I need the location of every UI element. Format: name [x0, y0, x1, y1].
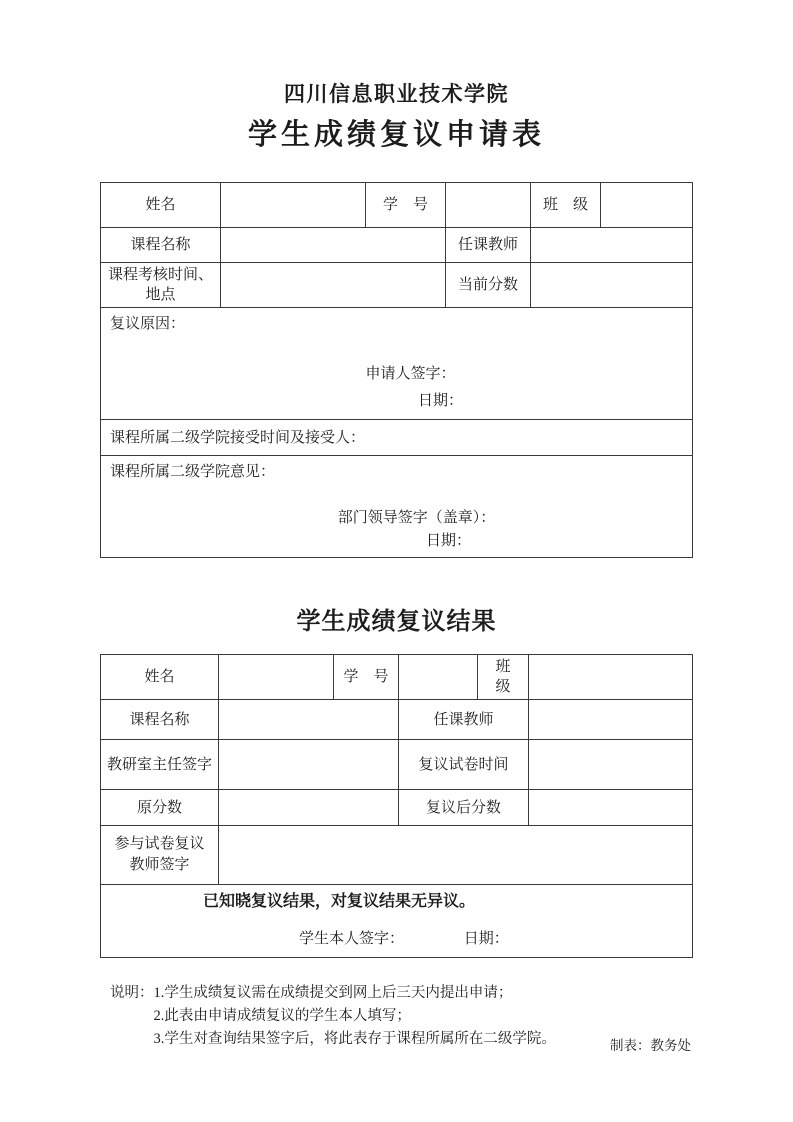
- director-signature-label-cell: 教研室主任签字: [101, 740, 219, 790]
- table-row: 教研室主任签字 复议试卷时间: [101, 740, 693, 790]
- review-time-label-cell: 复议试卷时间: [399, 740, 529, 790]
- teacher-label-cell: 任课教师: [446, 228, 531, 263]
- participant-teachers-label-cell: 参与试卷复议 教师签字: [101, 826, 219, 885]
- review-reason-label: 复议原因：: [110, 314, 683, 334]
- result-course-name-label-cell: 课程名称: [101, 700, 219, 740]
- student-signature-label: 学生本人签字：: [299, 931, 404, 947]
- note-item: 1.学生成绩复议需在成绩提交到网上后三天内提出申请；: [154, 982, 556, 1005]
- notes-label: 说明：: [110, 982, 154, 1051]
- exam-time-place-label-cell: 课程考核时间、地点: [101, 263, 221, 308]
- class-value-cell: [601, 183, 693, 228]
- result-class-label-cell: 班 级: [478, 655, 529, 700]
- document-page: 四川信息职业技术学院 学生成绩复议申请表 姓名 学 号 班 级 课程名称 任课教…: [0, 0, 793, 1122]
- course-name-value-cell: [221, 228, 446, 263]
- college-opinion-label: 课程所属二级学院意见：: [110, 462, 683, 482]
- result-section-title: 学生成绩复议结果: [0, 606, 793, 638]
- result-name-label-cell: 姓名: [101, 655, 219, 700]
- table-row: 课程考核时间、地点 当前分数: [101, 263, 693, 308]
- result-student-id-label-cell: 学 号: [334, 655, 399, 700]
- student-id-value-cell: [446, 183, 531, 228]
- college-opinion-cell: 课程所属二级学院意见： 部门领导签字（盖章）： 日期：: [101, 456, 693, 558]
- table-row: 课程所属二级学院意见： 部门领导签字（盖章）： 日期：: [101, 456, 693, 558]
- opinion-date-label: 日期：: [110, 531, 683, 551]
- table-row: 姓名 学 号 班 级: [101, 183, 693, 228]
- leader-signature-label: 部门领导签字（盖章）：: [110, 508, 683, 528]
- acknowledgement-cell: 已知晓复议结果，对复议结果无异议。 学生本人签字： 日期：: [101, 885, 693, 958]
- review-time-value-cell: [529, 740, 693, 790]
- table-row: 已知晓复议结果，对复议结果无异议。 学生本人签字： 日期：: [101, 885, 693, 958]
- college-accept-cell: 课程所属二级学院接受时间及接受人：: [101, 420, 693, 456]
- application-table: 姓名 学 号 班 级 课程名称 任课教师 课程考核时间、地点 当前分数 复议原因…: [100, 182, 693, 558]
- course-name-label-cell: 课程名称: [101, 228, 221, 263]
- class-label-cell: 班 级: [531, 183, 601, 228]
- prepared-by: 制表：教务处: [610, 1034, 691, 1054]
- form-title: 学生成绩复议申请表: [0, 116, 793, 154]
- current-score-label-cell: 当前分数: [446, 263, 531, 308]
- table-row: 复议原因： 申请人签字： 日期：: [101, 308, 693, 420]
- table-row: 姓名 学 号 班 级: [101, 655, 693, 700]
- result-student-id-value-cell: [399, 655, 478, 700]
- current-score-value-cell: [531, 263, 693, 308]
- director-signature-value-cell: [219, 740, 399, 790]
- table-row: 参与试卷复议 教师签字: [101, 826, 693, 885]
- original-score-label-cell: 原分数: [101, 790, 219, 826]
- result-class-value-cell: [529, 655, 693, 700]
- note-item: 3.学生对查询结果签字后，将此表存于课程所属所在二级学院。: [154, 1028, 556, 1051]
- name-label-cell: 姓名: [101, 183, 221, 228]
- post-review-score-label-cell: 复议后分数: [399, 790, 529, 826]
- student-signature-line: 学生本人签字： 日期：: [109, 929, 684, 949]
- table-row: 课程所属二级学院接受时间及接受人：: [101, 420, 693, 456]
- post-review-score-value-cell: [529, 790, 693, 826]
- review-reason-cell: 复议原因： 申请人签字： 日期：: [101, 308, 693, 420]
- student-date-label: 日期：: [464, 931, 509, 947]
- note-item: 2.此表由申请成绩复议的学生本人填写；: [154, 1005, 556, 1028]
- participant-teachers-value-cell: [219, 826, 693, 885]
- teacher-value-cell: [531, 228, 693, 263]
- result-table: 姓名 学 号 班 级 课程名称 任课教师 教研室主任签字 复议试卷时间 原分数 …: [100, 654, 693, 958]
- name-value-cell: [221, 183, 366, 228]
- acknowledgement-statement: 已知晓复议结果，对复议结果无异议。: [109, 891, 684, 913]
- original-score-value-cell: [219, 790, 399, 826]
- table-row: 原分数 复议后分数: [101, 790, 693, 826]
- school-name: 四川信息职业技术学院: [0, 0, 793, 108]
- table-row: 课程名称 任课教师: [101, 228, 693, 263]
- result-teacher-value-cell: [529, 700, 693, 740]
- student-id-label-cell: 学 号: [366, 183, 446, 228]
- result-teacher-label-cell: 任课教师: [399, 700, 529, 740]
- note-items: 1.学生成绩复议需在成绩提交到网上后三天内提出申请； 2.此表由申请成绩复议的学…: [154, 982, 556, 1051]
- applicant-signature-label: 申请人签字：: [110, 364, 683, 384]
- exam-time-place-value-cell: [221, 263, 446, 308]
- table-row: 课程名称 任课教师: [101, 700, 693, 740]
- result-name-value-cell: [219, 655, 334, 700]
- result-course-name-value-cell: [219, 700, 399, 740]
- applicant-date-label: 日期：: [110, 391, 683, 411]
